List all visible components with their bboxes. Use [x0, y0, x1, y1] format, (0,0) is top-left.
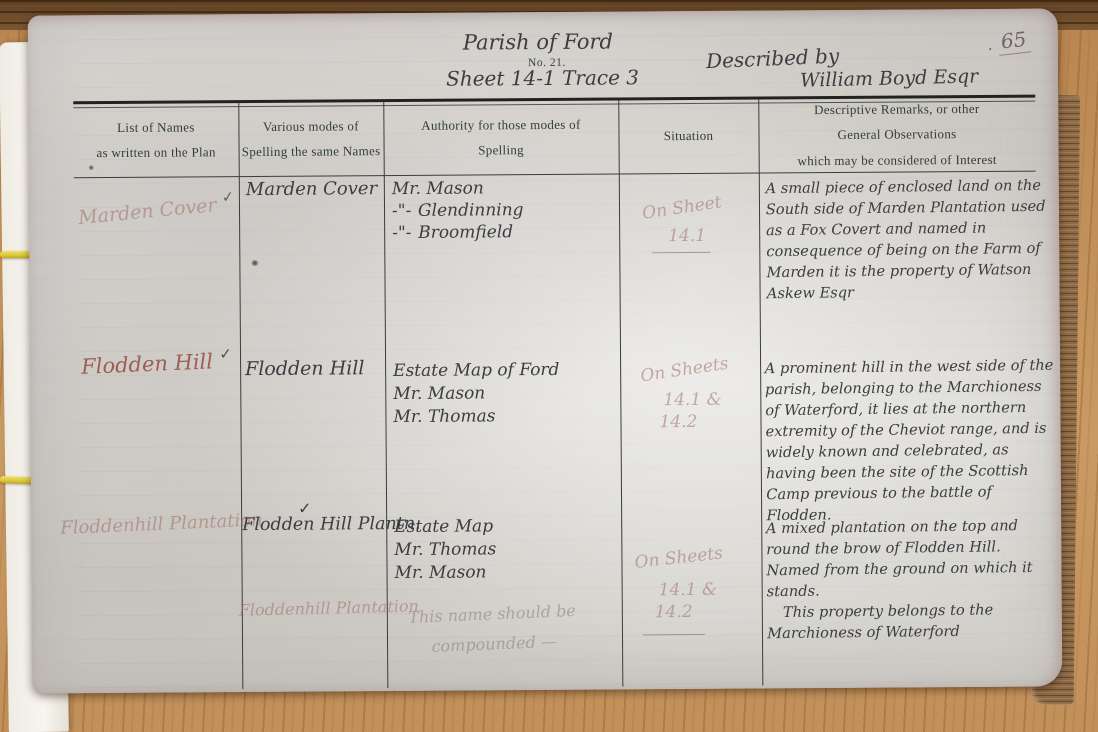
- column-header-modes: Various modes of Spelling the same Names: [238, 106, 383, 171]
- row3-situation-number: 14.1 &: [659, 580, 718, 600]
- row1-authority-line: -"-Glendinning: [392, 199, 524, 222]
- describer-name: William Boyd Esqr: [800, 65, 979, 91]
- row2-situation-number: 14.1 &: [663, 390, 722, 410]
- column-header-situation: Situation: [618, 104, 758, 169]
- page-number: .65: [986, 26, 1031, 55]
- column-names: List of Names as written on the Plan: [73, 103, 243, 690]
- row3-authority: Estate Map Mr. Thomas Mr. Mason: [394, 515, 496, 585]
- row1-checkmark: ✓: [221, 187, 235, 206]
- row2-remarks: A prominent hill in the west side of the…: [765, 355, 1059, 527]
- row1-authority-line: -"-Broomfield: [392, 221, 524, 244]
- row3-situation-number: 14.2: [655, 602, 693, 622]
- row3-pencil-note: This name should be compounded —: [408, 596, 578, 663]
- page-number-dot: .: [987, 35, 994, 54]
- row2-situation-number: 14.2: [659, 412, 697, 432]
- row3-remarks: A mixed plantation on the top and round …: [766, 515, 1060, 645]
- row1-authority: Mr. Mason -"-Glendinning -"-Broomfield: [392, 177, 524, 244]
- column-header-remarks: Descriptive Remarks, or other General Ob…: [758, 102, 1035, 168]
- register-page: .65 Parish of Ford No. 21. Sheet 14-1 Tr…: [28, 8, 1063, 693]
- name-book-table: List of Names as written on the Plan Var…: [73, 95, 1039, 691]
- row1-remarks: A small piece of enclosed land on the So…: [765, 175, 1059, 305]
- column-header-names: List of Names as written on the Plan: [73, 107, 238, 172]
- row1-spelling: Marden Cover: [246, 178, 377, 200]
- row1-authority-line: Mr. Mason: [392, 177, 524, 200]
- row2-spelling: Flodden Hill: [245, 357, 364, 380]
- row1-situation-number: 14.1: [668, 226, 706, 246]
- row2-authority: Estate Map of Ford Mr. Mason Mr. Thomas: [393, 359, 560, 429]
- sheet-trace-line: Sheet 14-1 Trace 3: [446, 65, 639, 90]
- parish-title: Parish of Ford: [463, 30, 613, 55]
- column-header-authority: Authority for those modes of Spelling: [383, 104, 618, 170]
- row2-checkmark: ✓: [219, 345, 232, 364]
